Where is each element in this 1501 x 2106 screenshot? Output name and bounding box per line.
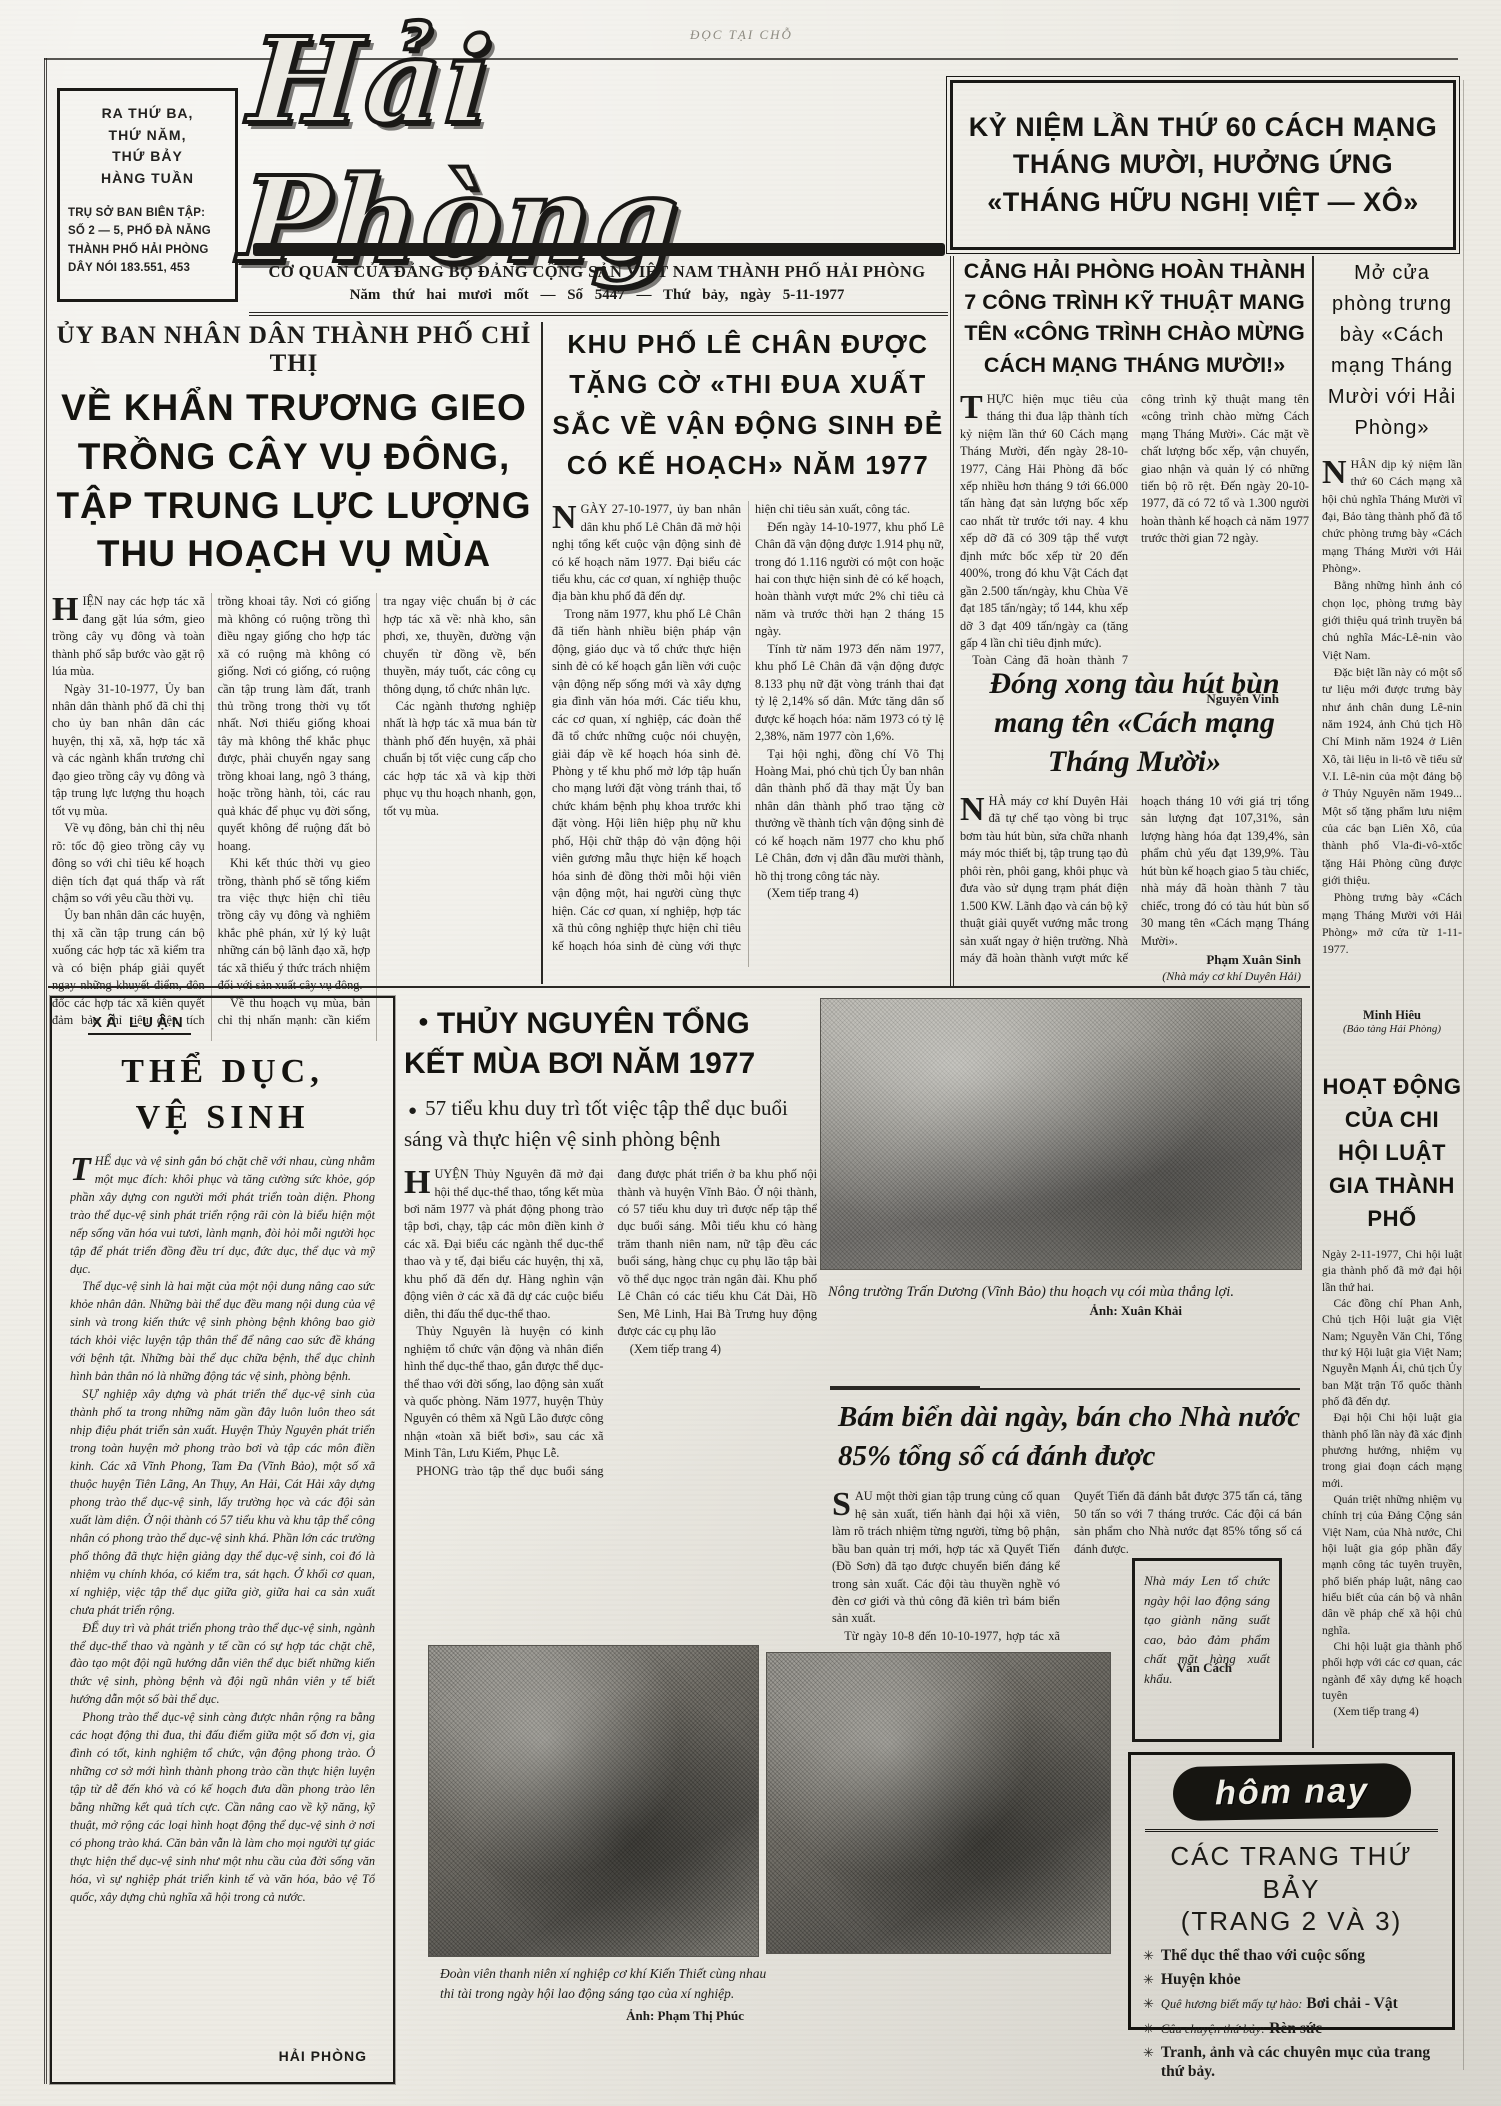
newspaper-front-page: ĐỌC TẠI CHỖ RA THỨ BA, THỨ NĂM, THỨ BẢY … — [0, 0, 1501, 2106]
photo-caption: Nông trường Trấn Dương (Vĩnh Bảo) thu ho… — [828, 1282, 1302, 1320]
masthead-bottom-rule — [249, 312, 948, 316]
editorial-body: THỂ dục và vệ sinh gắn bó chặt chẽ với n… — [70, 1153, 375, 1995]
list-item: ✳ Thể dục thể thao với cuộc sống — [1143, 1946, 1440, 1965]
editorial-signature: HẢI PHÒNG — [279, 2048, 367, 2064]
article-body: NHÀ máy cơ khí Duyên Hải đã tự chế tạo v… — [960, 793, 1309, 973]
contents-heading: CÁC TRANG THỨ BẢY (TRANG 2 VÀ 3) — [1143, 1840, 1440, 1938]
byline-org: (Bảo tàng Hải Phòng) — [1322, 1023, 1462, 1035]
article-tau-hut-bun: Đóng xong tàu hút bùn mang tên «Cách mạn… — [960, 664, 1309, 986]
bullet-icon: ● — [404, 1011, 437, 1031]
list-item: ✳ Câu chuyện thứ bảy: Rèn sức — [1143, 2019, 1440, 2038]
newspaper-logo: Hải Phòng — [239, 64, 951, 236]
organ-line: CƠ QUAN CỦA ĐẢNG BỘ ĐẢNG CỘNG SẢN VIỆT N… — [249, 262, 945, 282]
article-lechan-flag: KHU PHỐ LÊ CHÂN ĐƯỢC TẶNG CỜ «THI ĐUA XU… — [552, 324, 944, 967]
flower-bullet-icon: ✳ — [1143, 1997, 1154, 2010]
article-headline: CẢNG HẢI PHÒNG HOÀN THÀNH 7 CÔNG TRÌNH K… — [960, 256, 1309, 381]
list-item: ✳ Quê hương biết mấy tự hào: Bơi chải - … — [1143, 1994, 1440, 2013]
byline-name: Phạm Xuân Sinh — [1206, 952, 1301, 967]
caption-text: Đoàn viên thanh niên xí nghiệp cơ khí Ki… — [440, 1966, 766, 2001]
byline-org: (Nhà máy cơ khí Duyên Hải) — [1162, 969, 1301, 983]
anniversary-banner: KỶ NIỆM LẦN THỨ 60 CÁCH MẠNG THÁNG MƯỜI,… — [950, 80, 1456, 250]
article-chithi-vudong: ỦY BAN NHÂN DÂN THÀNH PHỐ CHỈ THỊ VỀ KHẨ… — [52, 322, 536, 1041]
masthead-info-box: RA THỨ BA, THỨ NĂM, THỨ BẢY HÀNG TUẦN TR… — [57, 88, 238, 302]
article-headline: VỀ KHẨN TRƯƠNG GIEO TRỒNG CÂY VỤ ĐÔNG, T… — [52, 384, 536, 579]
photo-credit: Ảnh: Xuân Khải — [828, 1302, 1302, 1320]
article-headline: Mở cửa phòng trưng bày «Cách mạng Tháng … — [1322, 258, 1462, 444]
logo-underline-bar — [253, 243, 945, 256]
section-divider-rule — [48, 986, 1310, 988]
photo-harvest-field — [820, 998, 1302, 1270]
divider — [1145, 1829, 1438, 1832]
editorial-kicker: XÃ LUẬN — [88, 1014, 191, 1035]
flower-bullet-icon: ✳ — [1143, 2022, 1154, 2035]
column-divider — [1312, 256, 1314, 1748]
article-headline: KHU PHỐ LÊ CHÂN ĐƯỢC TẶNG CỜ «THI ĐUA XU… — [552, 324, 944, 485]
article-kicker: ỦY BAN NHÂN DÂN THÀNH PHỐ CHỈ THỊ — [52, 322, 536, 378]
editorial-box: XÃ LUẬN THỂ DỤC, VỆ SINH THỂ dục và vệ s… — [50, 996, 395, 2084]
article-headline: ●THỦY NGUYÊN TỔNG KẾT MÙA BƠI NĂM 1977 — [404, 1004, 817, 1083]
publication-schedule: RA THỨ BA, THỨ NĂM, THỨ BẢY HÀNG TUẦN — [68, 103, 227, 190]
column-divider — [950, 256, 954, 986]
page-right-rule — [1463, 80, 1464, 2070]
list-item: ✳ Tranh, ảnh và các chuyên mục của trang… — [1143, 2043, 1440, 2082]
bullet-icon: ● — [404, 1103, 425, 1119]
photo-factory-workers — [766, 1652, 1111, 1954]
homnay-logo: hôm nay — [1172, 1763, 1411, 1821]
article-body: NHÂN dịp kỷ niệm lần thứ 60 Cách mạng xã… — [1322, 456, 1462, 1008]
article-body: Ngày 2-11-1977, Chi hội luật gia thành p… — [1322, 1247, 1462, 1777]
flower-bullet-icon: ✳ — [1143, 2046, 1154, 2059]
article-headline: HOẠT ĐỘNG CỦA CHI HỘI LUẬT GIA THÀNH PHỐ — [1322, 1070, 1462, 1235]
today-contents-box: hôm nay CÁC TRANG THỨ BẢY (TRANG 2 VÀ 3)… — [1128, 1752, 1455, 2030]
article-byline: Phạm Xuân Sinh (Nhà máy cơ khí Duyên Hải… — [1162, 952, 1301, 984]
brief-note-box: Nhà máy Len tổ chức ngày hội lao động sá… — [1132, 1558, 1282, 1742]
photo-caption: Đoàn viên thanh niên xí nghiệp cơ khí Ki… — [440, 1964, 770, 2026]
page-left-rule — [44, 58, 47, 2084]
article-luat-gia: HOẠT ĐỘNG CỦA CHI HỘI LUẬT GIA THÀNH PHỐ… — [1322, 1070, 1462, 1777]
photo-credit: Ảnh: Phạm Thị Phúc — [440, 2007, 770, 2026]
editorial-office-address: TRỤ SỞ BAN BIÊN TẬP: SỐ 2 — 5, PHỐ ĐÀ NẴ… — [68, 204, 227, 278]
photo-youth-workshop — [428, 1645, 759, 1957]
article-top-rule — [830, 1388, 1300, 1390]
article-byline: Minh Hiêu — [1322, 1008, 1462, 1023]
article-thuy-nguyen: ●THỦY NGUYÊN TỔNG KẾT MÙA BƠI NĂM 1977 ●… — [404, 1004, 817, 1494]
article-subhead: ●57 tiểu khu duy trì tốt việc tập thể dụ… — [404, 1093, 817, 1154]
caption-text: Nông trường Trấn Dương (Vĩnh Bảo) thu ho… — [828, 1284, 1234, 1300]
article-body: NGÀY 27-10-1977, ủy ban nhân dân khu phố… — [552, 501, 944, 967]
list-item: ✳ Huyện khỏe — [1143, 1970, 1440, 1989]
article-cang-haiphong: CẢNG HẢI PHÒNG HOÀN THÀNH 7 CÔNG TRÌNH K… — [960, 256, 1309, 707]
contents-list: ✳ Thể dục thể thao với cuộc sống ✳ Huyện… — [1143, 1946, 1440, 2082]
article-trung-bay: Mở cửa phòng trưng bày «Cách mạng Tháng … — [1322, 258, 1462, 1035]
editorial-title: THỂ DỤC, VỆ SINH — [70, 1049, 375, 1141]
article-headline: Đóng xong tàu hút bùn mang tên «Cách mạn… — [960, 664, 1309, 781]
article-body: THỰC hiện mục tiêu của tháng thi đua lập… — [960, 391, 1309, 687]
column-divider — [541, 322, 543, 984]
article-body: HUYỆN Thủy Nguyên đã mở đại hội thể dục-… — [404, 1166, 817, 1494]
flower-bullet-icon: ✳ — [1143, 1949, 1154, 1962]
article-headline: Bám biển dài ngày, bán cho Nhà nước 85% … — [832, 1398, 1302, 1476]
article-body: HIỆN nay các hợp tác xã đang gặt lúa sớm… — [52, 593, 536, 1041]
flower-bullet-icon: ✳ — [1143, 1973, 1154, 1986]
issue-line: Năm thứ hai mươi mốt — Số 5447 — Thứ bảy… — [249, 287, 945, 304]
